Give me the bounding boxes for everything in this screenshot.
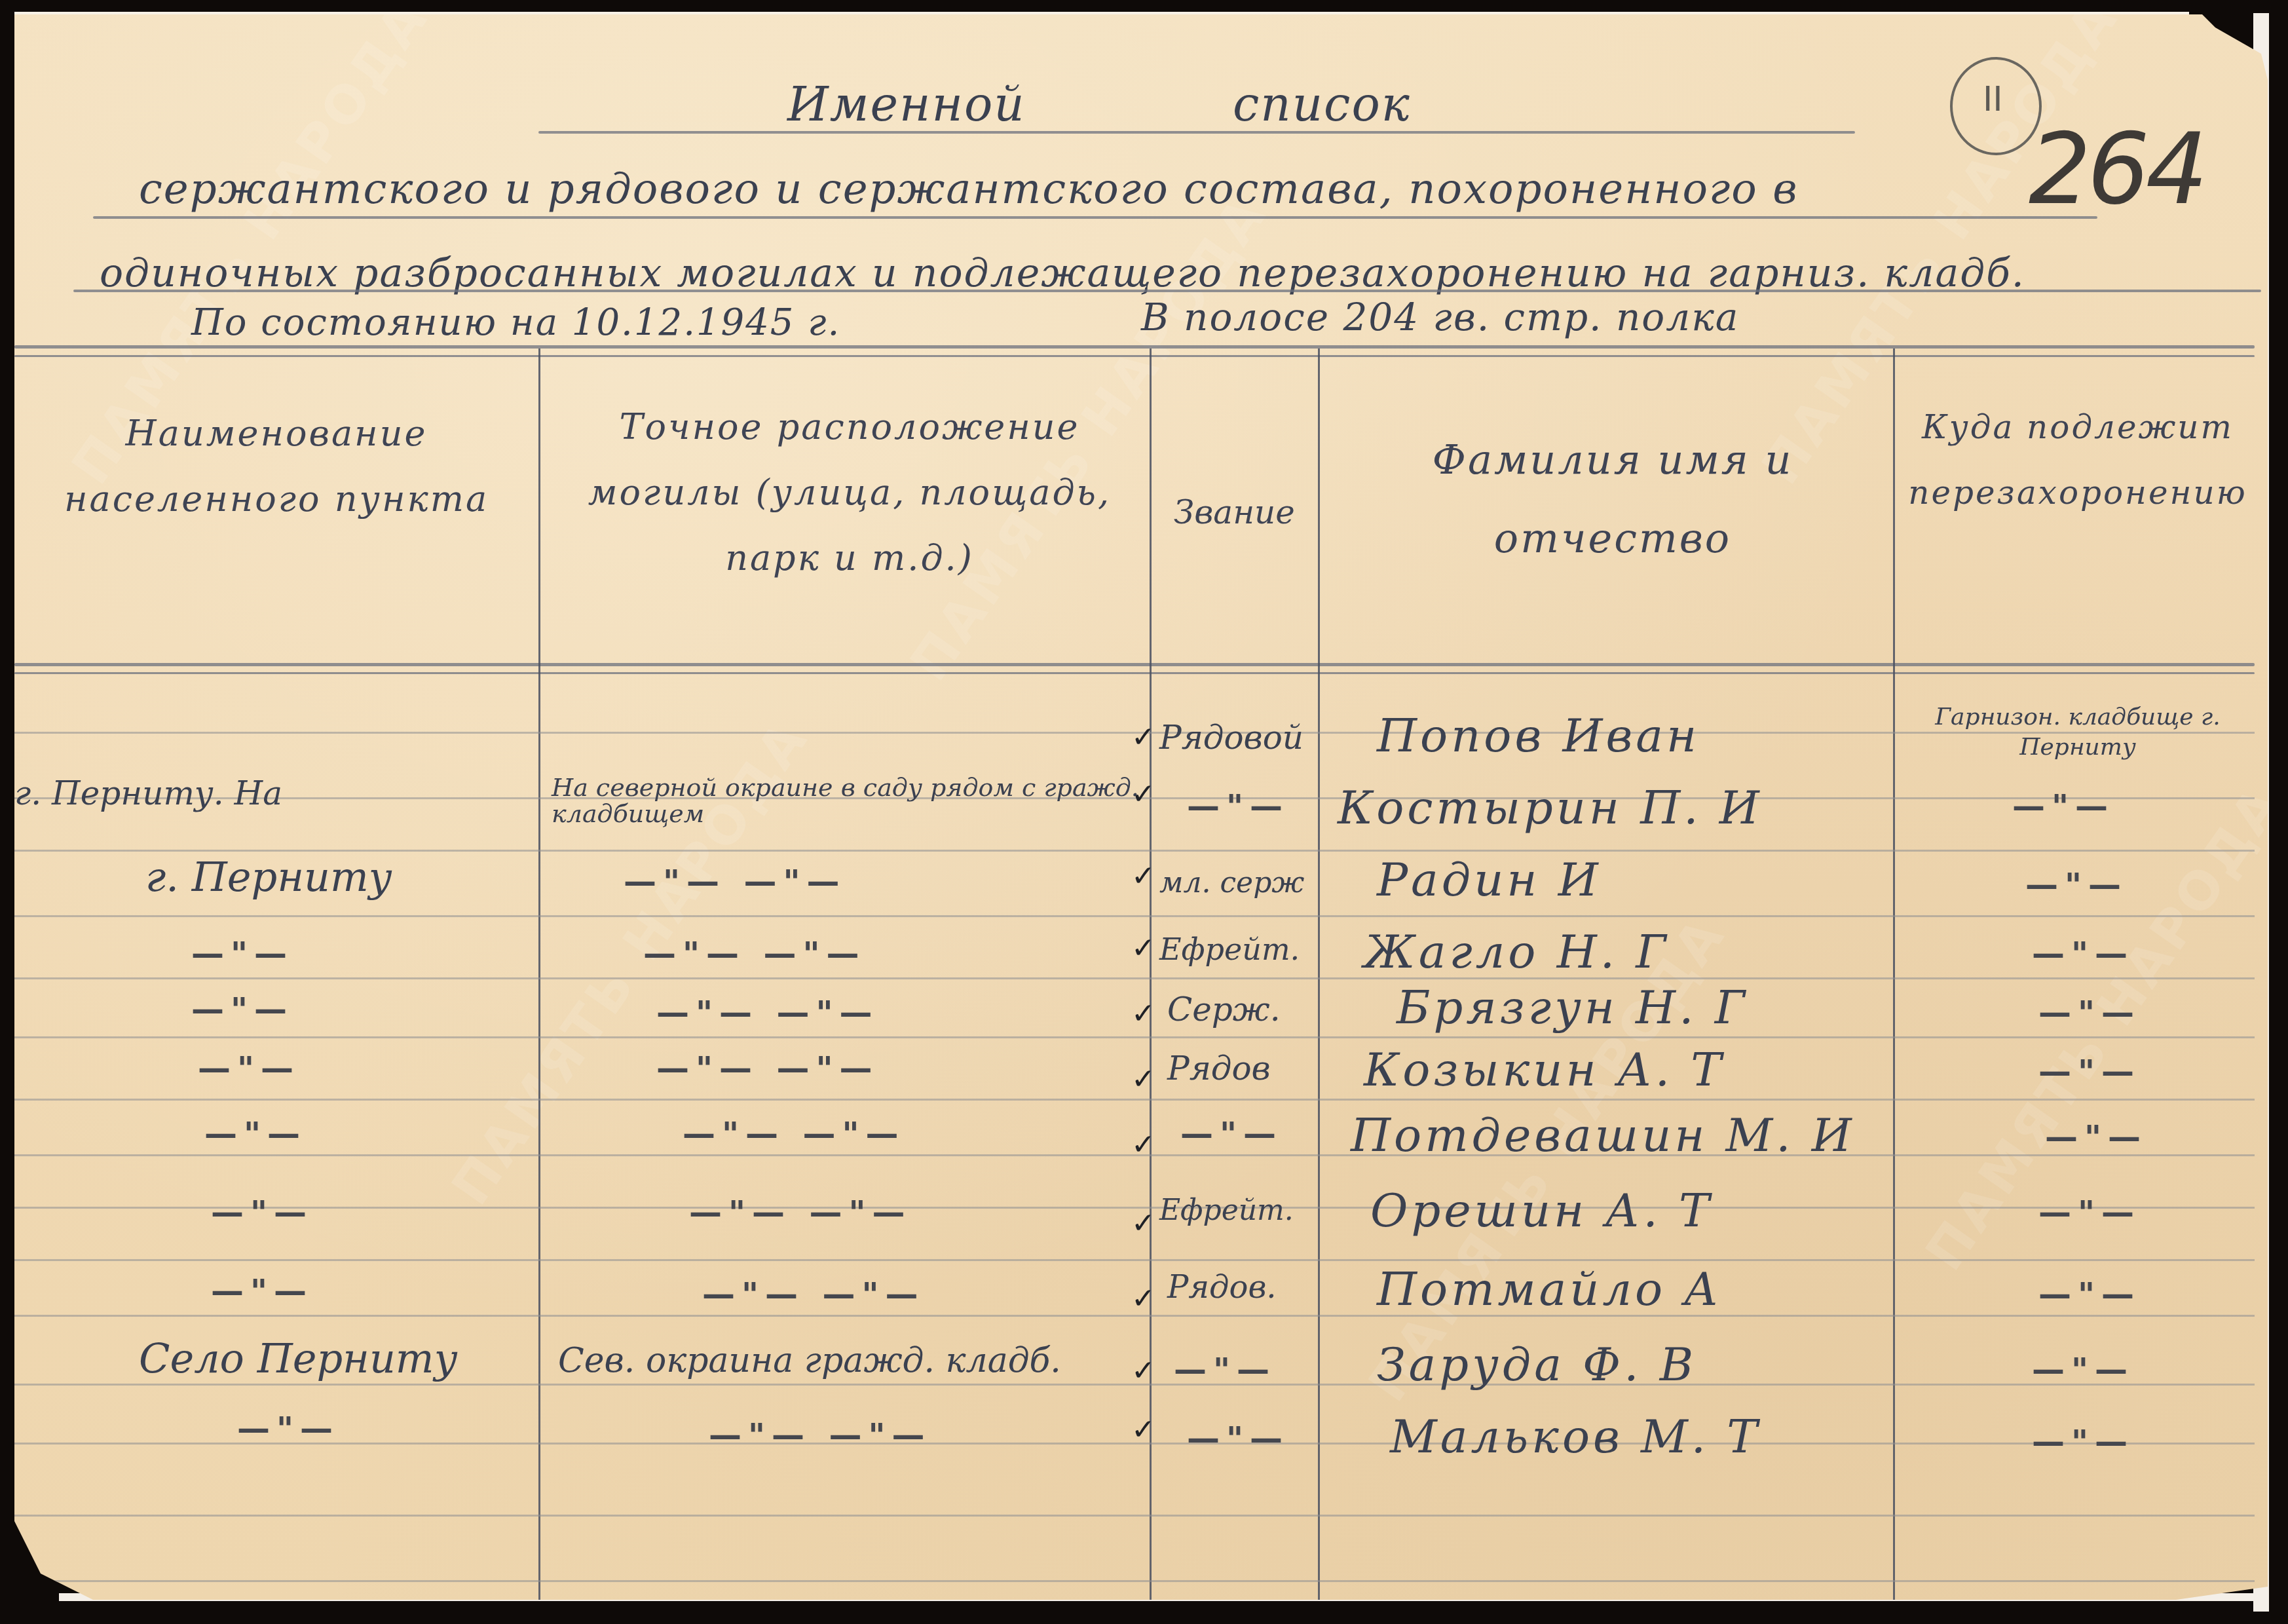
row-rule <box>14 850 2255 852</box>
status-unit: В полосе 204 гв. стр. полка <box>1141 295 1739 339</box>
cell-reburial-ditto: —"— <box>2038 1194 2141 1232</box>
page-number: 264 <box>2029 113 2204 227</box>
document-title-word-1: Именной <box>787 77 1026 132</box>
cell-location-ditto: —"— —"— <box>683 1115 905 1153</box>
status-date: По состоянию на 10.12.1945 г. <box>191 301 840 344</box>
cell-location-ditto: —"— —"— <box>643 935 866 973</box>
document-title-word-2: список <box>1233 77 1411 132</box>
check-mark-icon: ✓ <box>1131 778 1155 811</box>
document-subtitle-line-1: сержантского и рядового и сержантского с… <box>139 165 1798 214</box>
cell-name: Заруда Ф. В <box>1377 1338 1697 1391</box>
document-page: ПАМЯТЬ НАРОДА ПАМЯТЬ НАРОДА ПАМЯТЬ НАРОД… <box>14 14 2268 1600</box>
header-settlement: Наименование населенного пункта <box>54 401 499 532</box>
cell-name: Радин И <box>1377 853 1602 907</box>
cell-rank-ditto: —"— <box>1180 1115 1283 1153</box>
cell-settlement: Село Перниту <box>139 1334 458 1382</box>
cell-reburial-ditto: —"— <box>2032 1351 2134 1389</box>
cell-name: Попов Иван <box>1377 709 1700 763</box>
row-rule <box>14 915 2255 917</box>
cell-name: Орешин А. Т <box>1370 1184 1713 1237</box>
row-rule <box>14 1099 2255 1101</box>
check-mark-icon: ✓ <box>1131 859 1155 893</box>
cell-rank: мл. серж <box>1159 866 1304 899</box>
cell-reburial-ditto: —"— <box>2032 935 2134 973</box>
cell-settlement: г. Перниту. На <box>14 774 282 812</box>
row-rule <box>14 1259 2255 1261</box>
column-divider <box>1893 349 1895 1600</box>
column-divider <box>1318 349 1320 1600</box>
header-name: Фамилия имя и отчество <box>1344 421 1881 578</box>
cell-settlement: г. Перниту <box>145 853 392 901</box>
cell-location-ditto: —"— —"— <box>709 1416 931 1454</box>
cell-reburial-ditto: —"— <box>2045 1118 2147 1156</box>
table-top-rule <box>14 345 2255 349</box>
cell-rank-ditto: —"— <box>1174 1351 1276 1389</box>
page-circle-number: II <box>1983 80 2003 119</box>
table-top-rule-2 <box>14 355 2255 357</box>
cell-rank: Серж. <box>1167 991 1281 1029</box>
cell-location-ditto: —"— —"— <box>624 863 846 901</box>
header-location: Точное расположение могилы (улица, площа… <box>558 394 1141 591</box>
cell-settlement-ditto: —"— <box>198 1049 300 1087</box>
cell-location-ditto: —"— —"— <box>689 1194 912 1232</box>
check-mark-icon: ✓ <box>1131 1063 1155 1096</box>
cell-reburial-ditto: —"— <box>2038 1275 2141 1313</box>
cell-settlement-ditto: —"— <box>211 1194 313 1232</box>
check-mark-icon: ✓ <box>1131 721 1155 754</box>
cell-settlement-ditto: —"— <box>191 935 293 973</box>
row-rule <box>14 1036 2255 1038</box>
subtitle-underline-2 <box>73 290 2261 292</box>
check-mark-icon: ✓ <box>1131 932 1155 965</box>
title-underline <box>538 131 1855 134</box>
cell-name: Брязгун Н. Г <box>1397 981 1748 1034</box>
cell-settlement-ditto: —"— <box>237 1410 339 1448</box>
cell-rank-ditto: —"— <box>1187 787 1289 825</box>
cell-rank: Рядов <box>1167 1049 1271 1087</box>
cell-rank: Рядов. <box>1167 1269 1277 1306</box>
cell-settlement-ditto: —"— <box>204 1115 307 1153</box>
cell-location: Сев. окраина гражд. кладб. <box>558 1341 1061 1380</box>
cell-settlement-ditto: —"— <box>211 1272 313 1310</box>
header-rank: Звание <box>1151 480 1318 545</box>
cell-reburial: Гарнизон. кладбище г. Перниту <box>1907 702 2248 763</box>
column-divider <box>538 349 540 1600</box>
check-mark-icon: ✓ <box>1131 1207 1155 1240</box>
cell-name: Козыкин А. Т <box>1364 1043 1725 1097</box>
cell-location-ditto: —"— —"— <box>656 1049 879 1087</box>
cell-name: Мальков М. Т <box>1390 1410 1761 1463</box>
row-rule <box>14 977 2255 979</box>
cell-reburial-ditto: —"— <box>2038 994 2141 1032</box>
cell-name: Костырин П. И <box>1338 781 1763 835</box>
cell-rank: Рядовой <box>1159 719 1303 757</box>
cell-reburial-ditto: —"— <box>2012 787 2114 825</box>
row-rule <box>14 1515 2255 1517</box>
cell-name: Потдевашин М. И <box>1351 1108 1855 1162</box>
check-mark-icon: ✓ <box>1131 1282 1155 1315</box>
check-mark-icon: ✓ <box>1131 997 1155 1030</box>
row-rule <box>14 1580 2255 1582</box>
header-bottom-rule <box>14 663 2255 666</box>
cell-name: Жагло Н. Г <box>1364 925 1670 979</box>
cell-name: Потмайло А <box>1377 1262 1721 1316</box>
check-mark-icon: ✓ <box>1131 1354 1155 1388</box>
header-reburial: Куда подлежит перезахоронению <box>1907 394 2248 525</box>
cell-rank: Ефрейт. <box>1159 1194 1294 1227</box>
check-mark-icon: ✓ <box>1131 1128 1155 1161</box>
cell-location: На северной окраине в саду рядом с гражд… <box>552 774 1141 827</box>
cell-rank-ditto: —"— <box>1187 1420 1289 1458</box>
cell-location-ditto: —"— —"— <box>656 994 879 1032</box>
cell-location-ditto: —"— —"— <box>702 1275 925 1313</box>
cell-rank: Ефрейт. <box>1159 932 1300 967</box>
cell-reburial-ditto: —"— <box>2032 1423 2134 1461</box>
header-bottom-rule-2 <box>14 672 2255 674</box>
check-mark-icon: ✓ <box>1131 1413 1155 1446</box>
cell-reburial-ditto: —"— <box>2038 1053 2141 1091</box>
subtitle-underline-1 <box>93 216 2097 219</box>
cell-settlement-ditto: —"— <box>191 991 293 1029</box>
cell-reburial-ditto: —"— <box>2025 866 2128 904</box>
